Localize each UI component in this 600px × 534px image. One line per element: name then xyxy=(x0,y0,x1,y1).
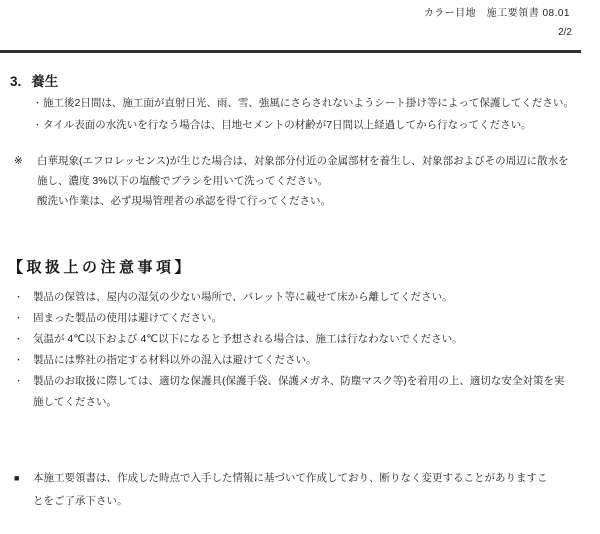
list-item: ・ 製品の保管は、屋内の湿気の少ない場所で、パレット等に載せて床から離してくださ… xyxy=(14,287,579,308)
section-3-bullet-2: ・ タイル表面の水洗いを行なう場合は、目地セメントの材齢が7日間以上経過してから… xyxy=(33,119,578,132)
note-line: 酸洗い作業は、必ず現場管理者の承認を得て行ってください。 xyxy=(37,191,577,211)
section-3-number: 3. xyxy=(10,74,21,89)
bullet-icon: ・ xyxy=(14,287,33,308)
bullet-icon: ・ xyxy=(14,329,33,350)
handling-precautions-list: ・ 製品の保管は、屋内の湿気の少ない場所で、パレット等に載せて床から離してくださ… xyxy=(14,287,579,413)
page-number: 2/2 xyxy=(558,27,572,38)
list-item: ・ 製品には弊社の指定する材料以外の混入は避けてください。 xyxy=(14,350,579,371)
bullet-text: タイル表面の水洗いを行なう場合は、目地セメントの材齢が7日間以上経過してから行な… xyxy=(43,119,532,132)
bullet-icon: ・ xyxy=(14,308,33,329)
handling-precautions-heading: 【取扱上の注意事項】 xyxy=(8,256,193,277)
bullet-icon: ・ xyxy=(33,97,43,110)
list-item-text: 製品には弊社の指定する材料以外の混入は避けてください。 xyxy=(33,350,571,371)
section-3-title: 養生 xyxy=(31,74,58,89)
list-item-text: 気温が 4℃以下および 4℃以下になると予想される場合は、施工は行なわないでくだ… xyxy=(33,329,571,350)
document-page: カラー目地 施工要領書 08.01 2/2 3.養生 ・ 施工後2日間は、施工面… xyxy=(0,0,600,534)
header-divider xyxy=(0,50,581,53)
list-item: ・ 製品のお取扱に際しては、適切な保護具(保護手袋、保護メガネ、防塵マスク等)を… xyxy=(14,371,579,413)
disclaimer-note: ■ 本施工要領書は、作成した時点で入手した情報に基づいて作成しており、断りなく変… xyxy=(14,467,557,513)
list-item-text: 固まった製品の使用は避けてください。 xyxy=(33,308,571,329)
note-line: 施し、濃度 3%以下の塩酸でブラシを用いて洗ってください。 xyxy=(37,171,577,191)
square-bullet-icon: ■ xyxy=(14,467,33,513)
disclaimer-text: 本施工要領書は、作成した時点で入手した情報に基づいて作成しており、断りなく変更す… xyxy=(33,467,557,513)
section-3-bullet-1: ・ 施工後2日間は、施工面が直射日光、雨、雪、強風にさらされないようシート掛け等… xyxy=(33,97,578,110)
note-marker-icon: ※ xyxy=(14,151,37,211)
list-item: ・ 固まった製品の使用は避けてください。 xyxy=(14,308,579,329)
document-title: カラー目地 施工要領書 08.01 xyxy=(424,4,570,19)
section-3-heading: 3.養生 xyxy=(10,70,58,90)
list-item-text: 製品のお取扱に際しては、適切な保護具(保護手袋、保護メガネ、防塵マスク等)を着用… xyxy=(33,371,571,413)
note-text: 白華現象(エフロレッセンス)が生じた場合は、対象部分付近の金属部材を養生し、対象… xyxy=(37,151,577,211)
bullet-text: 施工後2日間は、施工面が直射日光、雨、雪、強風にさらされないようシート掛け等によ… xyxy=(43,97,574,110)
efflorescence-note: ※ 白華現象(エフロレッセンス)が生じた場合は、対象部分付近の金属部材を養生し、… xyxy=(14,151,577,211)
list-item-text: 製品の保管は、屋内の湿気の少ない場所で、パレット等に載せて床から離してください。 xyxy=(33,287,571,308)
bullet-icon: ・ xyxy=(14,371,33,413)
bullet-icon: ・ xyxy=(33,119,43,132)
note-line: 白華現象(エフロレッセンス)が生じた場合は、対象部分付近の金属部材を養生し、対象… xyxy=(37,151,577,171)
bullet-icon: ・ xyxy=(14,350,33,371)
list-item: ・ 気温が 4℃以下および 4℃以下になると予想される場合は、施工は行なわないで… xyxy=(14,329,579,350)
